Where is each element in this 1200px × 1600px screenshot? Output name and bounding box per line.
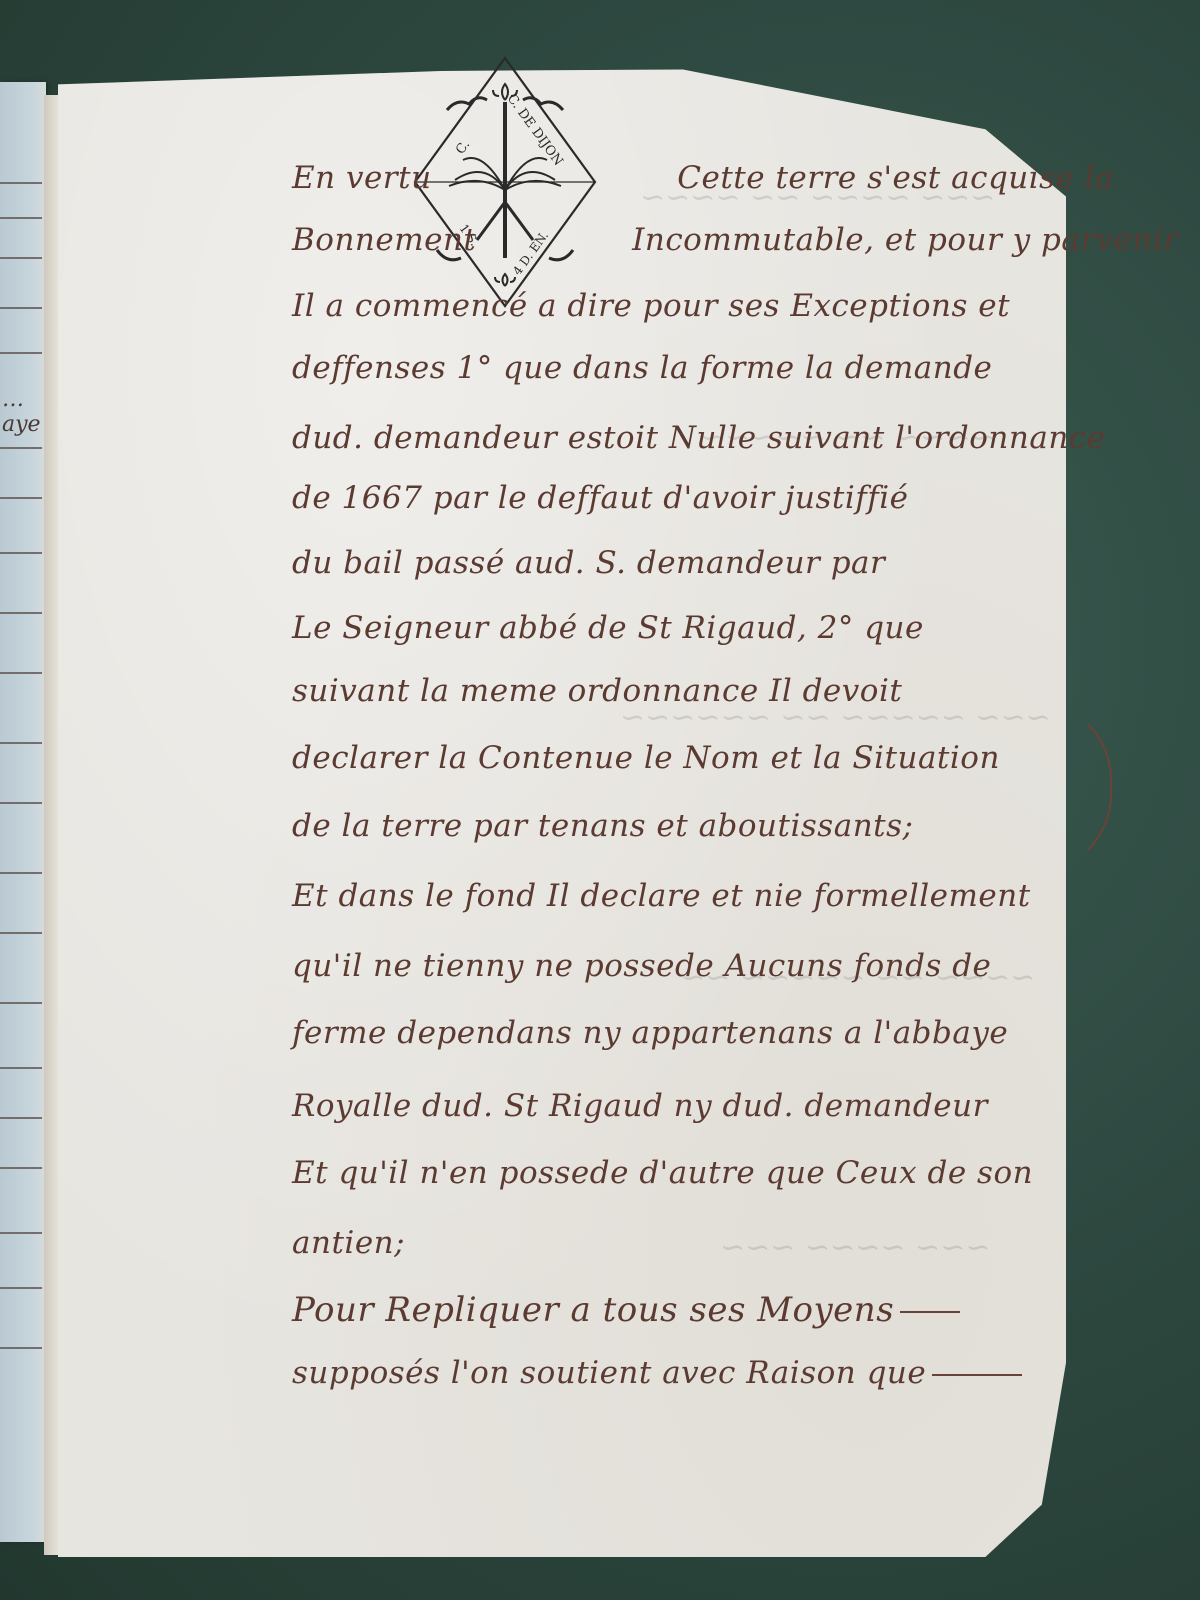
ruled-line: [0, 182, 42, 184]
ruled-line: [0, 1117, 42, 1119]
ruled-line: [0, 1232, 42, 1234]
manuscript-line-5: dud. demandeur estoit Nulle suivant l'or…: [292, 420, 1106, 456]
svg-text:C.: C.: [453, 138, 473, 158]
manuscript-line-19: supposés l'on soutient avec Raison que: [292, 1355, 1022, 1391]
line-text: En vertu: [292, 160, 432, 196]
ruled-line: [0, 217, 42, 219]
manuscript-line-4: deffenses 1° que dans la forme la demand…: [292, 350, 992, 386]
ruled-line: [0, 1002, 42, 1004]
manuscript-line-1: En vertu Cette terre s'est acquise la: [292, 160, 1114, 196]
ruled-line: [0, 872, 42, 874]
left-page-fragment: …aye: [2, 387, 46, 437]
ruled-line: [0, 1347, 42, 1349]
left-adjacent-page: …aye: [0, 82, 46, 1542]
manuscript-line-3: Il a commencé a dire pour ses Exceptions…: [292, 288, 1010, 324]
manuscript-line-7: du bail passé aud. S. demandeur par: [292, 545, 885, 581]
manuscript-line-18: Pour Repliquer a tous ses Moyens: [292, 1290, 960, 1330]
ruled-line: [0, 802, 42, 804]
ruled-line: [0, 497, 42, 499]
manuscript-line-12: Et dans le fond Il declare et nie formel…: [292, 878, 1031, 914]
manuscript-line-2: Bonnement Incommutable, et pour y parven…: [292, 222, 1179, 258]
line-text: Cette terre s'est acquise la: [677, 160, 1114, 196]
manuscript-line-11: de la terre par tenans et aboutissants;: [292, 808, 913, 844]
manuscript-line-9: suivant la meme ordonnance Il devoit: [292, 673, 902, 709]
ruled-line: [0, 1067, 42, 1069]
ruled-line: [0, 612, 42, 614]
line-text: Pour Repliquer a tous ses Moyens: [292, 1290, 894, 1330]
ruled-line: [0, 552, 42, 554]
ruled-line: [0, 1287, 42, 1289]
line-text: Incommutable, et pour y parvenir: [632, 222, 1179, 258]
ruled-line: [0, 1167, 42, 1169]
margin-bracket-mark: [1000, 700, 1112, 874]
manuscript-line-13: qu'il ne tienny ne possede Aucuns fonds …: [292, 948, 991, 984]
ruled-line: [0, 447, 42, 449]
ruled-line: [0, 742, 42, 744]
line-text: Bonnement: [292, 222, 476, 258]
line-filler-dash: [932, 1374, 1022, 1376]
manuscript-line-15: Royalle dud. St Rigaud ny dud. demandeur: [292, 1088, 988, 1124]
manuscript-line-16: Et qu'il n'en possede d'autre que Ceux d…: [292, 1155, 1033, 1191]
ruled-line: [0, 352, 42, 354]
manuscript-line-17: antien;: [292, 1225, 405, 1261]
manuscript-line-10: declarer la Contenue le Nom et la Situat…: [292, 740, 1000, 776]
line-filler-dash: [900, 1311, 960, 1313]
manuscript-line-6: de 1667 par le deffaut d'avoir justiffié: [292, 480, 908, 516]
ruled-line: [0, 257, 42, 259]
binding-gutter: [44, 95, 60, 1555]
ruled-line: [0, 307, 42, 309]
line-text: supposés l'on soutient avec Raison que: [292, 1355, 926, 1391]
ruled-line: [0, 672, 42, 674]
bleed-through-text: ~~~ ~~~~ ~~~: [720, 1230, 990, 1265]
ruled-line: [0, 932, 42, 934]
manuscript-line-8: Le Seigneur abbé de St Rigaud, 2° que: [292, 610, 924, 646]
manuscript-line-14: ferme dependans ny appartenans a l'abbay…: [292, 1015, 1008, 1051]
